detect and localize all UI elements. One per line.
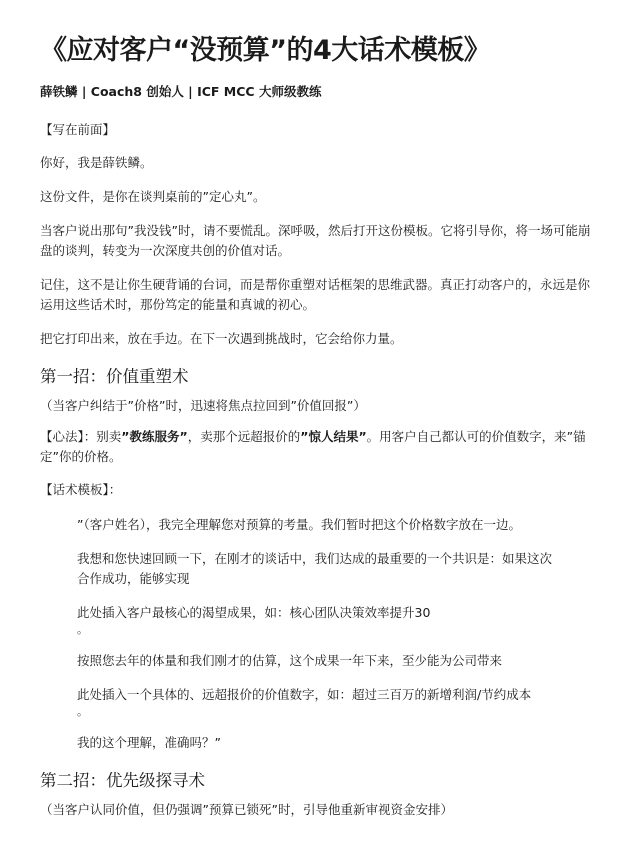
move-1-subtitle: （当客户纠结于”价格”时，迅速将焦点拉回到”价值回报”） [40, 397, 594, 415]
script-line-desired-outcome-placeholder: 此处插入客户最核心的渴望成果，如：核心团队决策效率提升30 [77, 603, 564, 623]
script-line-value-placeholder: 此处插入一个具体的、远超报价的价值数字，如：超过三百万的新增利润/节约成本 [77, 685, 564, 705]
script-line-period: 。 [77, 623, 564, 637]
method-emphasis-coaching-service: ”教练服务” [121, 429, 187, 444]
move-1-template-label: 【话术模板】： [40, 481, 594, 499]
move-2-section: 第二招：优先级探寻术 （当客户认同价值，但仍强调”预算已锁死”时，引导他重新审视… [40, 769, 594, 819]
move-1-title: 第一招：价值重塑术 [40, 365, 594, 389]
method-label: 【心法】 [40, 429, 84, 444]
move-1-script: ”（客户姓名），我完全理解您对预算的考量。我们暂时把这个价格数字放在一边。 我想… [77, 515, 594, 753]
preface-paragraph-closing: 把它打印出来，放在手边。在下一次遇到挑战时，它会给你力量。 [40, 329, 594, 349]
preface-paragraph-usage: 当客户说出那句”我没钱”时，请不要慌乱。深呼吸，然后打开这份模板。它将引导你，将… [40, 221, 594, 261]
preface-heading: 【写在前面】 [40, 121, 594, 139]
method-text-2: ，卖那个远超报价的 [188, 429, 301, 444]
script-line-estimate: 按照您去年的体量和我们刚才的估算，这个成果一年下来，至少能为公司带来 [77, 651, 564, 671]
script-line-opening: ”（客户姓名），我完全理解您对预算的考量。我们暂时把这个价格数字放在一边。 [77, 515, 564, 535]
preface-paragraph-greeting: 你好，我是薛铁鳞。 [40, 153, 594, 173]
document-title: 《应对客户“没预算”的4大话术模板》 [40, 0, 594, 69]
document-page: 《应对客户“没预算”的4大话术模板》 薛铁鳞 | Coach8 创始人 | IC… [0, 0, 634, 819]
method-text-1: ：别卖 [84, 429, 122, 444]
author-byline: 薛铁鳞 | Coach8 创始人 | ICF MCC 大师级教练 [40, 83, 594, 101]
move-1-method: 【心法】：别卖”教练服务”，卖那个远超报价的”惊人结果”。用客户自己都认可的价值… [40, 427, 594, 467]
script-line-confirm: 我的这个理解，准确吗？” [77, 733, 564, 753]
move-2-title: 第二招：优先级探寻术 [40, 769, 594, 793]
script-line-recap: 我想和您快速回顾一下，在刚才的谈话中，我们达成的最重要的一个共识是：如果这次合作… [77, 549, 564, 589]
preface-paragraph-reminder: 记住，这不是让你生硬背诵的台词，而是帮你重塑对话框架的思维武器。真正打动客户的，… [40, 275, 594, 315]
method-emphasis-amazing-result: ”惊人结果” [300, 429, 366, 444]
move-1-section: 第一招：价值重塑术 （当客户纠结于”价格”时，迅速将焦点拉回到”价值回报”） 【… [40, 365, 594, 753]
move-2-subtitle: （当客户认同价值，但仍强调”预算已锁死”时，引导他重新审视资金安排） [40, 801, 594, 819]
preface-paragraph-purpose: 这份文件，是你在谈判桌前的”定心丸”。 [40, 187, 594, 207]
script-line-period: 。 [77, 705, 564, 719]
